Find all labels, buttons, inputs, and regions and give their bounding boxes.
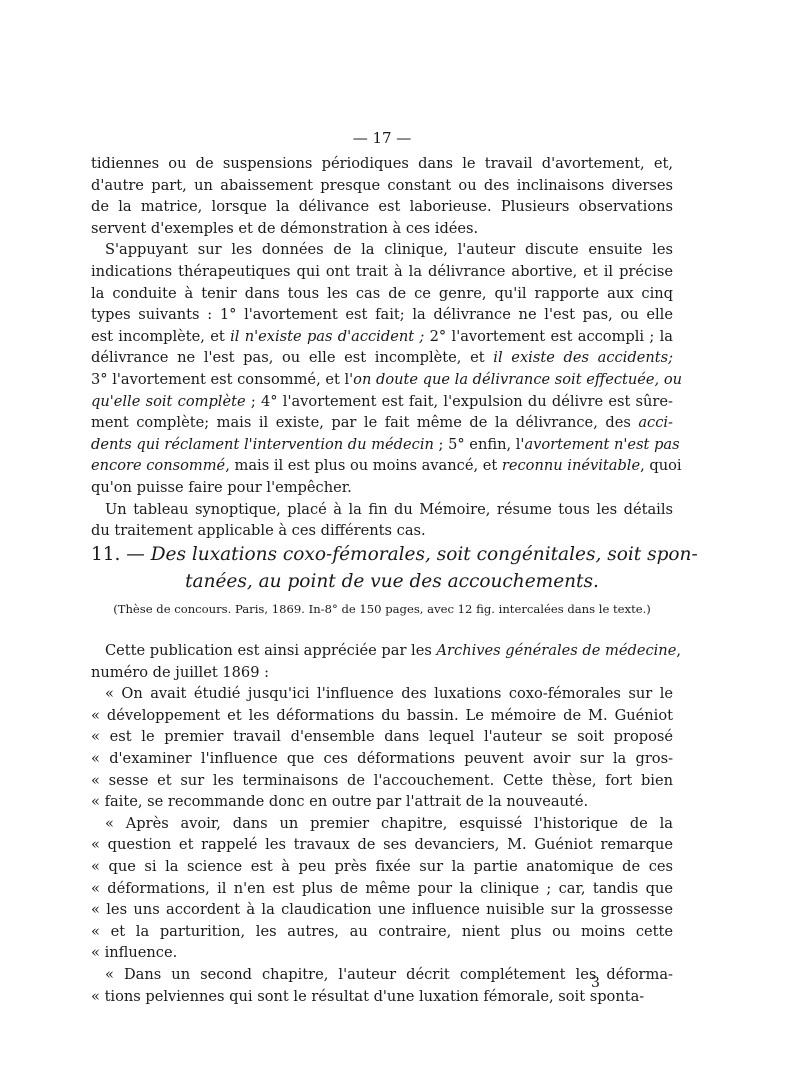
paragraph: Un tableau synoptique, placé à la fin du… bbox=[91, 499, 673, 542]
text-line: encore consommé, mais il est plus ou moi… bbox=[91, 455, 673, 477]
text-line: tidiennes ou de suspensions périodiques … bbox=[91, 153, 673, 175]
text-line: « Dans un second chapitre, l'auteur décr… bbox=[91, 964, 673, 986]
text-line: qu'elle soit complète ; 4° l'avortement … bbox=[91, 391, 673, 413]
text-line: ment complète; mais il existe, par le fa… bbox=[91, 412, 673, 434]
text-line: « que si la science est à peu près fixée… bbox=[91, 856, 673, 878]
intro-paragraph: Cette publication est ainsi appréciée pa… bbox=[91, 640, 673, 683]
text-line: « est le premier travail d'ensemble dans… bbox=[91, 726, 673, 748]
text-line: « Après avoir, dans un premier chapitre,… bbox=[91, 813, 673, 835]
text-line: « et la parturition, les autres, au cont… bbox=[91, 921, 673, 943]
section-title-line-2: tanées, au point de vue des accouchement… bbox=[91, 568, 673, 595]
text-line: « les uns accordent à la claudication un… bbox=[91, 899, 673, 921]
page-number-header: — 17 — bbox=[91, 129, 673, 147]
text-line: « On avait étudié jusqu'ici l'influence … bbox=[91, 683, 673, 705]
text-line: de la matrice, lorsque la délivance est … bbox=[91, 196, 673, 218]
text-line: indications thérapeutiques qui ont trait… bbox=[91, 261, 673, 283]
text-line: 3° l'avortement est consommé, et l'on do… bbox=[91, 369, 673, 391]
text-line: du traitement applicable à ces différent… bbox=[91, 520, 673, 542]
text-line: « influence. bbox=[91, 942, 673, 964]
text-line: la conduite à tenir dans tous les cas de… bbox=[91, 283, 673, 305]
text-line: d'autre part, un abaissement presque con… bbox=[91, 175, 673, 197]
text-line: « sesse et sur les terminaisons de l'acc… bbox=[91, 770, 673, 792]
text-line: « développement et les déformations du b… bbox=[91, 705, 673, 727]
signature-folio: 3 bbox=[591, 975, 600, 991]
section-heading: 11. — Des luxations coxo-fémorales, soit… bbox=[91, 541, 673, 595]
text-line: « faite, se recommande donc en outre par… bbox=[91, 791, 673, 813]
text-line: dents qui réclament l'intervention du mé… bbox=[91, 434, 673, 456]
text-line: Cette publication est ainsi appréciée pa… bbox=[91, 640, 673, 662]
text-line: types suivants : 1° l'avortement est fai… bbox=[91, 304, 673, 326]
text-line: S'appuyant sur les données de la cliniqu… bbox=[91, 239, 673, 261]
section-1-text: tidiennes ou de suspensions périodiques … bbox=[91, 153, 673, 542]
paragraph: S'appuyant sur les données de la cliniqu… bbox=[91, 239, 673, 498]
text-line: qu'on puisse faire pour l'empêcher. bbox=[91, 477, 673, 499]
publication-citation: (Thèse de concours. Paris, 1869. In-8° d… bbox=[91, 602, 673, 616]
section-title-line-1: Des luxations coxo-fémorales, soit congé… bbox=[151, 544, 698, 565]
quote-paragraph: « Après avoir, dans un premier chapitre,… bbox=[91, 813, 673, 964]
paragraph: tidiennes ou de suspensions périodiques … bbox=[91, 153, 673, 239]
text-line: « d'examiner l'influence que ces déforma… bbox=[91, 748, 673, 770]
text-line: Un tableau synoptique, placé à la fin du… bbox=[91, 499, 673, 521]
text-line: délivrance ne l'est pas, ou elle est inc… bbox=[91, 347, 673, 369]
text-line: numéro de juillet 1869 : bbox=[91, 662, 673, 684]
section-number: 11. — bbox=[91, 544, 145, 565]
text-line: est incomplète, et il n'existe pas d'acc… bbox=[91, 326, 673, 348]
text-line: servent d'exemples et de démonstration à… bbox=[91, 218, 673, 240]
section-2-text: Cette publication est ainsi appréciée pa… bbox=[91, 640, 673, 1007]
quote-paragraph: « Dans un second chapitre, l'auteur décr… bbox=[91, 964, 673, 1007]
quote-paragraph: « On avait étudié jusqu'ici l'influence … bbox=[91, 683, 673, 813]
text-line: « tions pelviennes qui sont le résultat … bbox=[91, 986, 673, 1008]
text-line: « déformations, il n'en est plus de même… bbox=[91, 878, 673, 900]
text-line: « question et rappelé les travaux de ses… bbox=[91, 834, 673, 856]
